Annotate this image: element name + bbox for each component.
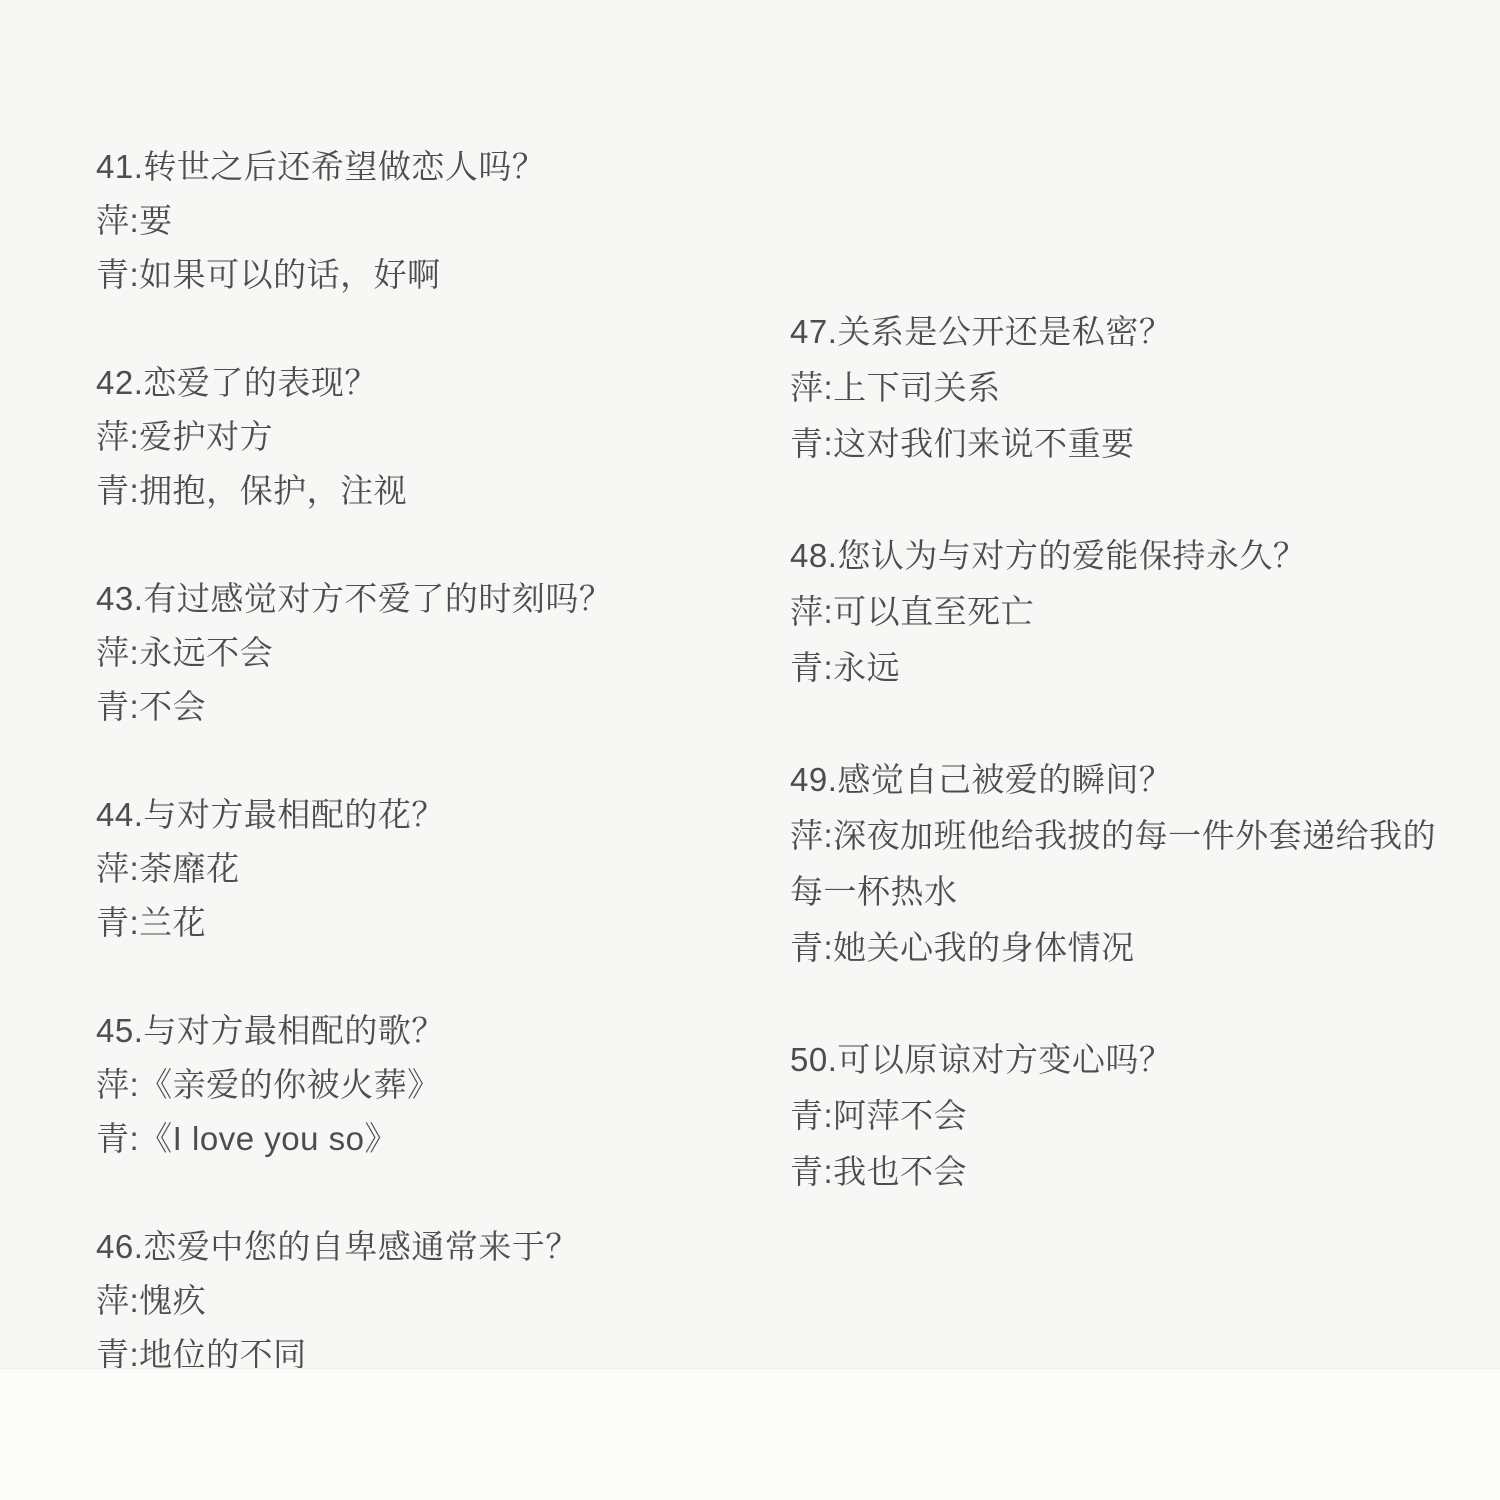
answer-line: 青:阿萍不会 [790,1088,1442,1144]
answer-line: 萍:《亲爱的你被火葬》 [96,1058,758,1112]
question-line: 48.您认为与对方的爱能保持永久？ [790,528,1442,584]
answer-line: 青:她关心我的身体情况 [790,920,1442,976]
qa-group: 41.转世之后还希望做恋人吗？萍:要青:如果可以的话，好啊 [96,140,758,302]
qa-group: 43.有过感觉对方不爱了的时刻吗？萍:永远不会青:不会 [96,572,758,734]
answer-line: 青:兰花 [96,896,758,950]
page-bottom-strip [0,1368,1500,1500]
answer-line: 青:拥抱，保护，注视 [96,464,758,518]
answer-line: 青:我也不会 [790,1144,1442,1200]
answer-line: 萍:可以直至死亡 [790,584,1442,640]
answer-line: 萍:永远不会 [96,626,758,680]
question-line: 49.感觉自己被爱的瞬间？ [790,752,1442,808]
qa-group: 44.与对方最相配的花？萍:荼靡花青:兰花 [96,788,758,950]
question-line: 41.转世之后还希望做恋人吗？ [96,140,758,194]
question-line: 43.有过感觉对方不爱了的时刻吗？ [96,572,758,626]
answer-line: 萍:深夜加班他给我披的每一件外套递给我的每一杯热水 [790,808,1442,920]
qa-group: 46.恋爱中您的自卑感通常来于？萍:愧疚青:地位的不同 [96,1220,758,1382]
answer-line: 青:永远 [790,640,1442,696]
question-line: 45.与对方最相配的歌？ [96,1004,758,1058]
document-page: 41.转世之后还希望做恋人吗？萍:要青:如果可以的话，好啊42.恋爱了的表现？萍… [0,0,1500,1500]
question-line: 46.恋爱中您的自卑感通常来于？ [96,1220,758,1274]
answer-line: 青:《I love you so》 [96,1112,758,1166]
answer-line: 萍:爱护对方 [96,410,758,464]
qa-group: 49.感觉自己被爱的瞬间？萍:深夜加班他给我披的每一件外套递给我的每一杯热水青:… [790,752,1442,976]
answer-line: 萍:荼靡花 [96,842,758,896]
answer-line: 萍:要 [96,194,758,248]
answer-line: 萍:愧疚 [96,1274,758,1328]
qa-group: 47.关系是公开还是私密？萍:上下司关系青:这对我们来说不重要 [790,304,1442,472]
question-line: 44.与对方最相配的花？ [96,788,758,842]
answer-line: 青:如果可以的话，好啊 [96,248,758,302]
right-column: 47.关系是公开还是私密？萍:上下司关系青:这对我们来说不重要48.您认为与对方… [790,304,1442,1256]
left-column: 41.转世之后还希望做恋人吗？萍:要青:如果可以的话，好啊42.恋爱了的表现？萍… [96,140,758,1436]
qa-group: 48.您认为与对方的爱能保持永久？萍:可以直至死亡青:永远 [790,528,1442,696]
question-line: 47.关系是公开还是私密？ [790,304,1442,360]
answer-line: 萍:上下司关系 [790,360,1442,416]
qa-group: 50.可以原谅对方变心吗？青:阿萍不会青:我也不会 [790,1032,1442,1200]
qa-group: 42.恋爱了的表现？萍:爱护对方青:拥抱，保护，注视 [96,356,758,518]
answer-line: 青:这对我们来说不重要 [790,416,1442,472]
question-line: 42.恋爱了的表现？ [96,356,758,410]
answer-line: 青:不会 [96,680,758,734]
qa-group: 45.与对方最相配的歌？萍:《亲爱的你被火葬》青:《I love you so》 [96,1004,758,1166]
question-line: 50.可以原谅对方变心吗？ [790,1032,1442,1088]
